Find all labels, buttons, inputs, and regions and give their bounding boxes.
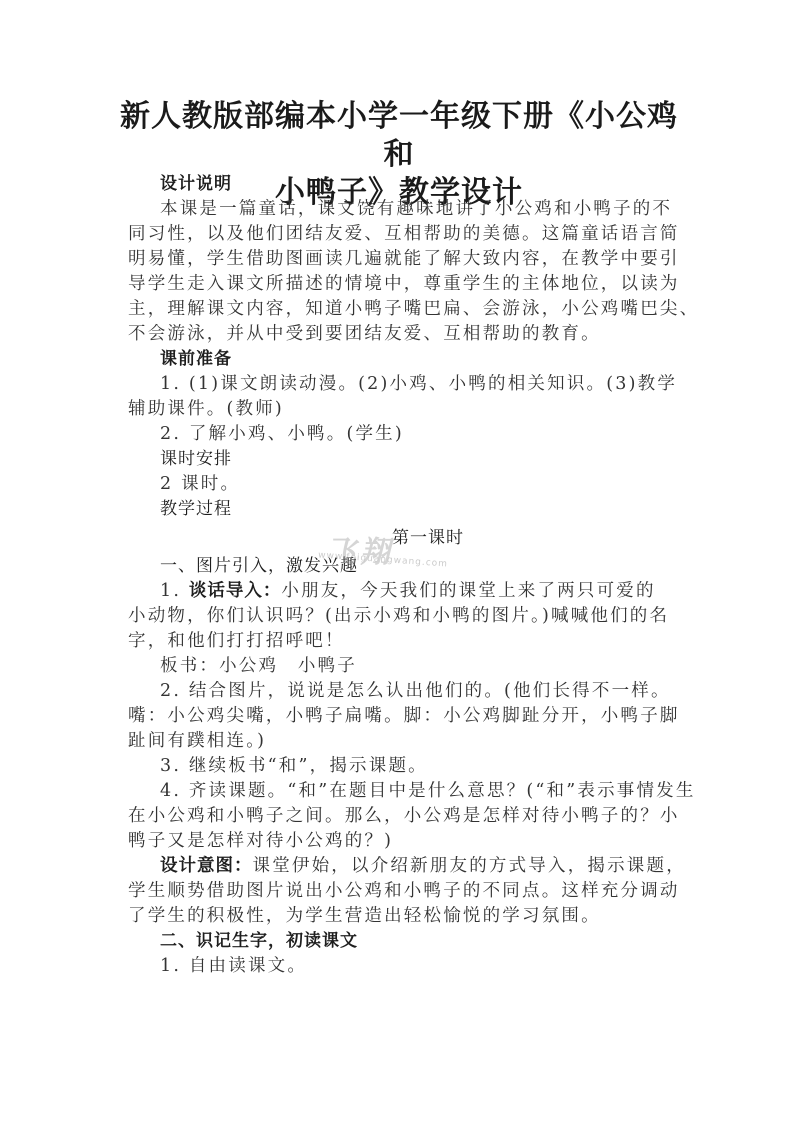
paragraph-line: 在小公鸡和小鸭子之间。那么，小公鸡是怎样对待小鸭子的？小 <box>128 804 668 829</box>
section-heading-preparation: 课前准备 <box>128 347 668 372</box>
paragraph-line: 同习性，以及他们团结友爱、互相帮助的美德。这篇童话语言简 <box>128 222 668 247</box>
paragraph-line: 3. 继续板书“和”，揭示课题。 <box>128 754 668 779</box>
paragraph-line: 1. 谈话导入：小朋友，今天我们的课堂上来了两只可爱的 <box>128 579 668 604</box>
board-writing: 板书：小公鸡 小鸭子 <box>128 654 668 679</box>
paragraph-line: 不会游泳，并从中受到要团结友爱、互相帮助的教育。 <box>128 322 668 347</box>
part-heading-2: 二、识记生字，初读课文 <box>128 929 668 954</box>
paragraph-line: 主，理解课文内容，知道小鸭子嘴巴扁、会游泳，小公鸡嘴巴尖、 <box>128 297 668 322</box>
paragraph-line: 小动物，你们认识吗？(出示小鸡和小鸭的图片。)喊喊他们的名 <box>128 604 668 629</box>
paragraph-line: 导学生走入课文所描述的情境中，尊重学生的主体地位，以读为 <box>128 272 668 297</box>
part-heading-1: 一、图片引入，激发兴趣 <box>128 554 668 579</box>
paragraph-line: 4. 齐读课题。“和”在题目中是什么意思？(“和”表示事情发生 <box>128 779 668 804</box>
paragraph-line: 明易懂，学生借助图画读几遍就能了解大致内容，在教学中要引 <box>128 247 668 272</box>
paragraph-line: 设计意图：课堂伊始，以介绍新朋友的方式导入，揭示课题， <box>128 854 668 879</box>
paragraph-line: 辅助课件。(教师) <box>128 397 668 422</box>
design-intent-label: 设计意图： <box>160 856 253 876</box>
paragraph-line: 趾间有蹼相连。) <box>128 729 668 754</box>
paragraph-line: 2 课时。 <box>128 472 668 497</box>
section-heading-process: 教学过程 <box>128 497 668 522</box>
paragraph-line: 学生顺势借助图片说出小公鸡和小鸭子的不同点。这样充分调动 <box>128 879 668 904</box>
design-intent-text: 课堂伊始，以介绍新朋友的方式导入，揭示课题， <box>253 856 686 876</box>
lesson-title: 第一课时 <box>128 526 668 551</box>
paragraph-line: 了学生的积极性，为学生营造出轻松愉悦的学习氛围。 <box>128 904 668 929</box>
section-heading-schedule: 课时安排 <box>128 447 668 472</box>
paragraph-line: 鸭子又是怎样对待小公鸡的？) <box>128 829 668 854</box>
section-heading-design-note: 设计说明 <box>128 172 668 197</box>
item-label-bold: 谈话导入： <box>189 581 282 601</box>
paragraph-line: 2. 结合图片，说说是怎么认出他们的。(他们长得不一样。 <box>128 679 668 704</box>
paragraph-line: 1. (1)课文朗读动漫。(2)小鸡、小鸭的相关知识。(3)教学 <box>128 372 668 397</box>
title-line-1: 新人教版部编本小学一年级下册《小公鸡和 <box>118 98 680 174</box>
document-page: 新人教版部编本小学一年级下册《小公鸡和 小鸭子》教学设计 设计说明 本课是一篇童… <box>0 0 793 1122</box>
item-text: 小朋友，今天我们的课堂上来了两只可爱的 <box>281 581 655 601</box>
paragraph-line: 1. 自由读课文。 <box>128 954 668 979</box>
item-number: 1. <box>160 581 189 601</box>
document-body: 设计说明 本课是一篇童话，课文饶有趣味地讲了小公鸡和小鸭子的不 同习性，以及他们… <box>128 172 668 979</box>
paragraph-line: 嘴：小公鸡尖嘴，小鸭子扁嘴。脚：小公鸡脚趾分开，小鸭子脚 <box>128 704 668 729</box>
paragraph-line: 本课是一篇童话，课文饶有趣味地讲了小公鸡和小鸭子的不 <box>128 197 668 222</box>
paragraph-line: 字，和他们打打招呼吧！ <box>128 629 668 654</box>
paragraph-line: 2. 了解小鸡、小鸭。(学生) <box>128 422 668 447</box>
